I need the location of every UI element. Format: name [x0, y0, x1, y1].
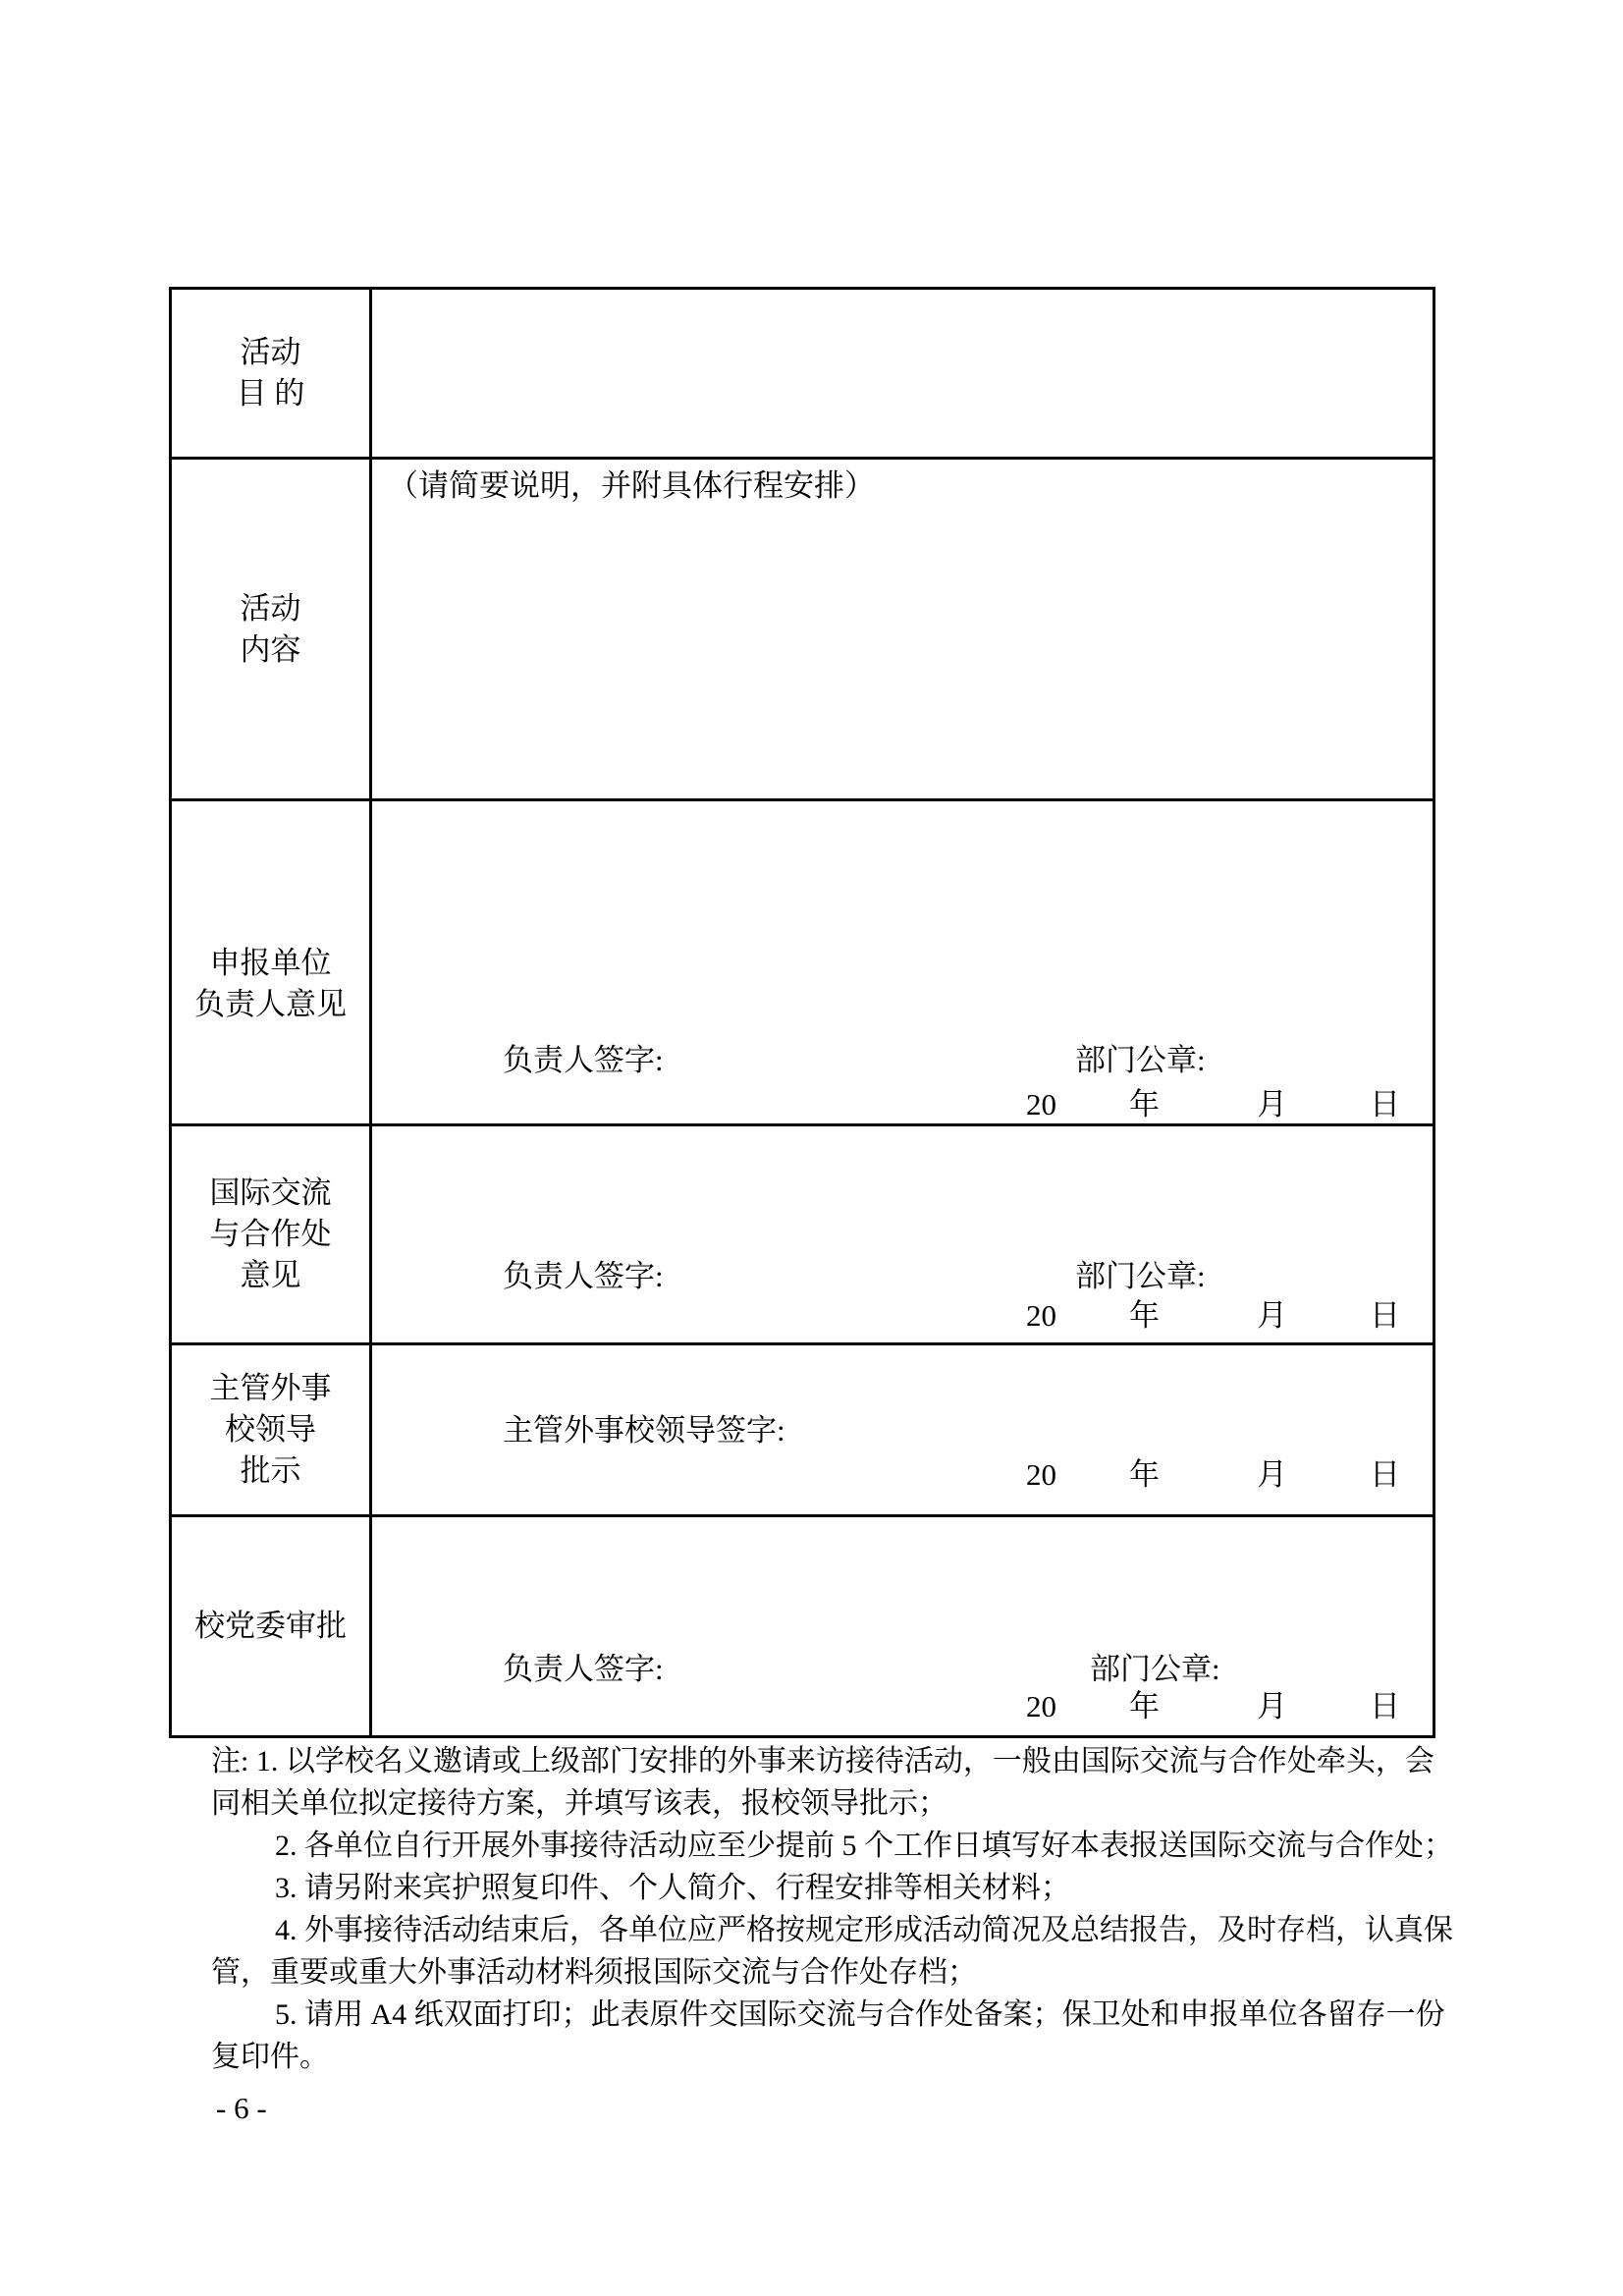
cell-activity-purpose — [372, 290, 1433, 457]
cell-school-leader-instructions: 主管外事校领导签字: 20 年 月 日 — [372, 1345, 1433, 1514]
row-header-school-leader-instructions: 主管外事 校领导 批示 — [172, 1345, 372, 1514]
date-line: 20 年 月 日 — [372, 1084, 1433, 1125]
date-year-label: 年 — [1129, 1454, 1160, 1496]
header-line: 负责人意见 — [194, 984, 347, 1025]
row-header-declaring-unit-opinion: 申报单位 负责人意见 — [172, 801, 372, 1123]
header-line: 校领导 — [225, 1409, 316, 1450]
cell-party-committee-approval: 负责人签字: 部门公章: 20 年 月 日 — [372, 1517, 1433, 1735]
date-day-label: 日 — [1370, 1686, 1400, 1727]
cell-international-office-opinion: 负责人签字: 部门公章: 20 年 月 日 — [372, 1126, 1433, 1342]
header-line: 校党委审批 — [194, 1606, 347, 1647]
note-line: 5. 请用 A4 纸双面打印；此表原件交国际交流与合作处备案；保卫处和申报单位各… — [211, 1994, 1448, 2036]
date-month-label: 月 — [1257, 1454, 1287, 1496]
header-line: 主管外事 — [210, 1368, 332, 1409]
date-month-label: 月 — [1257, 1295, 1287, 1337]
date-day-label: 日 — [1370, 1084, 1400, 1125]
date-line: 20 年 月 日 — [372, 1295, 1433, 1337]
date-year-label: 年 — [1129, 1686, 1160, 1727]
date-line: 20 年 月 日 — [372, 1686, 1433, 1727]
note-line: 管，重要或重大外事活动材料须报国际交流与合作处存档； — [211, 1951, 1448, 1994]
date-month-label: 月 — [1257, 1686, 1287, 1727]
header-line: 与合作处 — [210, 1214, 332, 1255]
note-line: 2. 各单位自行开展外事接待活动应至少提前 5 个工作日填写好本表报送国际交流与… — [211, 1825, 1448, 1867]
table-row-declaring-unit-opinion: 申报单位 负责人意见 负责人签字: 部门公章: 20 年 月 日 — [172, 801, 1433, 1126]
sign-label: 主管外事校领导签字: — [503, 1410, 785, 1451]
note-line: 3. 请另附来宾护照复印件、个人简介、行程安排等相关材料； — [211, 1867, 1448, 1909]
note-line: 4. 外事接待活动结束后，各单位应严格按规定形成活动简况及总结报告，及时存档，认… — [211, 1909, 1448, 1951]
table-row-party-committee-approval: 校党委审批 负责人签字: 部门公章: 20 年 月 日 — [172, 1517, 1433, 1735]
content-hint-text: （请简要说明，并附具体行程安排） — [388, 465, 875, 507]
date-day-label: 日 — [1370, 1454, 1400, 1496]
date-month-label: 月 — [1257, 1084, 1287, 1125]
note-line: 复印件。 — [211, 2036, 1448, 2078]
cell-activity-content: （请简要说明，并附具体行程安排） — [372, 460, 1433, 798]
table-row-activity-purpose: 活动 目 的 — [172, 290, 1433, 460]
page-number: - 6 - — [216, 2088, 267, 2129]
row-header-activity-purpose: 活动 目 的 — [172, 290, 372, 457]
table-row-school-leader-instructions: 主管外事 校领导 批示 主管外事校领导签字: 20 年 月 日 — [172, 1345, 1433, 1517]
date-line: 20 年 月 日 — [372, 1454, 1433, 1496]
table-row-activity-content: 活动 内容 （请简要说明，并附具体行程安排） — [172, 460, 1433, 801]
seal-label: 部门公章: — [1075, 1256, 1206, 1297]
header-line: 活动 — [241, 588, 301, 629]
sign-label: 负责人签字: — [503, 1256, 664, 1297]
header-line: 批示 — [241, 1450, 301, 1492]
date-year-label: 年 — [1129, 1084, 1160, 1125]
seal-label: 部门公章: — [1075, 1040, 1206, 1081]
header-line: 内容 — [241, 629, 301, 671]
header-line: 国际交流 — [210, 1173, 332, 1214]
header-line: 意见 — [241, 1255, 301, 1296]
notes-block: 注: 1. 以学校名义邀请或上级部门安排的外事来访接待活动，一般由国际交流与合作… — [211, 1740, 1448, 2078]
approval-form-table: 活动 目 的 活动 内容 （请简要说明，并附具体行程安排） 申报单位 负责人意见… — [169, 287, 1435, 1738]
date-day-label: 日 — [1370, 1295, 1400, 1337]
note-line: 同相关单位拟定接待方案，并填写该表，报校领导批示； — [211, 1782, 1448, 1825]
header-line: 目 的 — [237, 373, 305, 414]
seal-label: 部门公章: — [1090, 1649, 1220, 1690]
date-prefix: 20 — [1026, 1454, 1056, 1496]
row-header-activity-content: 活动 内容 — [172, 460, 372, 798]
row-header-international-office-opinion: 国际交流 与合作处 意见 — [172, 1126, 372, 1342]
document-page: 活动 目 的 活动 内容 （请简要说明，并附具体行程安排） 申报单位 负责人意见… — [0, 0, 1623, 2296]
sign-label: 负责人签字: — [503, 1649, 664, 1690]
cell-declaring-unit-opinion: 负责人签字: 部门公章: 20 年 月 日 — [372, 801, 1433, 1123]
table-row-international-office-opinion: 国际交流 与合作处 意见 负责人签字: 部门公章: 20 年 月 日 — [172, 1126, 1433, 1345]
sign-label: 负责人签字: — [503, 1040, 664, 1081]
row-header-party-committee-approval: 校党委审批 — [172, 1517, 372, 1735]
header-line: 申报单位 — [210, 943, 332, 984]
note-line: 注: 1. 以学校名义邀请或上级部门安排的外事来访接待活动，一般由国际交流与合作… — [211, 1740, 1448, 1782]
date-prefix: 20 — [1026, 1686, 1056, 1727]
date-year-label: 年 — [1129, 1295, 1160, 1337]
date-prefix: 20 — [1026, 1295, 1056, 1337]
date-prefix: 20 — [1026, 1084, 1056, 1125]
header-line: 活动 — [241, 332, 301, 373]
